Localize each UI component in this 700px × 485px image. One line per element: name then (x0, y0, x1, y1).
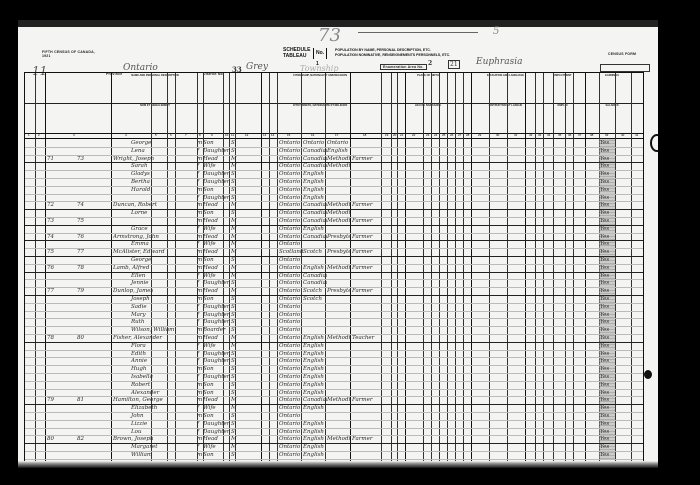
cell-sex: f (197, 373, 203, 381)
cell-enum: Yes (600, 350, 616, 358)
cell-father-birth: Canadian (303, 233, 327, 241)
cell-sex: m (197, 248, 203, 256)
cell-enum: Yes (600, 209, 616, 217)
cell-birthplace: Ontario (279, 287, 303, 295)
cell-enum: Yes (600, 272, 616, 280)
column-number: 37 (578, 133, 581, 137)
cell-family: 73 (77, 155, 107, 163)
cell-birthplace: Ontario (279, 350, 303, 358)
cell-father-birth: English (303, 435, 327, 443)
cell-relation: Daughter (203, 170, 231, 178)
cell-name: Brown, Joseph (113, 435, 183, 443)
cell-sex: m (197, 201, 203, 209)
cell-marital: S (231, 178, 237, 186)
cell-sex: f (197, 225, 203, 233)
cell-father-birth: Canadian (303, 279, 327, 287)
cell-father-birth: English (303, 381, 327, 389)
cell-sex: m (197, 233, 203, 241)
table-row: 7173Wright, JosephHeadmMOntarioCanadianM… (25, 155, 643, 163)
census-page: FIFTH CENSUS OF CANADA, 1921 73 5 11 Pro… (18, 20, 658, 468)
table-row: EdithDaughterfSOntarioEnglishYes (25, 350, 643, 358)
table-row: RuthDaughterfSOntarioYes (25, 318, 643, 326)
cell-name: Emma (113, 240, 201, 248)
cell-enum: Yes (600, 334, 616, 342)
cell-occupation: Farmer (352, 155, 382, 163)
cell-marital: S (231, 194, 237, 202)
cell-birthplace: Ontario (279, 264, 303, 272)
cell-enum: Yes (600, 178, 616, 186)
table-row: EllenWifefMOntarioCanadianYes (25, 272, 643, 280)
cell-dwelling: 76 (47, 264, 77, 272)
cell-birthplace: Ontario (279, 420, 303, 428)
cell-mother-birth: Methodist (327, 334, 351, 342)
cell-marital: M (231, 287, 237, 295)
cell-birthplace: Ontario (279, 311, 303, 319)
cell-relation: Head (203, 334, 231, 342)
column-number: 32 (529, 133, 532, 137)
cell-marital: S (231, 412, 237, 420)
table-row: HaroldSonmSOntarioEnglishYes (25, 186, 643, 194)
cell-relation: Daughter (203, 350, 231, 358)
group-citizenship: CITIZENSHIP, NATIONALITY AND RELIGION (265, 74, 375, 77)
stamp-line (358, 32, 478, 33)
cell-relation: Wife (203, 240, 231, 248)
cell-enum: Yes (600, 412, 616, 420)
cell-mother-birth: Methodist (327, 264, 351, 272)
cell-marital: M (231, 264, 237, 272)
cell-relation: Head (203, 201, 231, 209)
table-row: DaughterfSOntarioEnglishYes (25, 194, 643, 202)
cell-sex: f (197, 303, 203, 311)
cell-father-birth: English (303, 428, 327, 436)
cell-relation: Daughter (203, 357, 231, 365)
cell-name: Lena (113, 147, 201, 155)
cell-marital: S (231, 209, 237, 217)
cell-father-birth: Canadian (303, 201, 327, 209)
table-row: LizzieDaughterfSOntarioEnglishYes (25, 420, 643, 428)
cell-family: 79 (77, 287, 107, 295)
cell-marital: S (231, 326, 237, 334)
table-row: LouDaughterfSOntarioEnglishYes (25, 428, 643, 436)
cell-father-birth: English (303, 451, 327, 459)
cell-enum: Yes (600, 217, 616, 225)
column-number: 17 (335, 133, 338, 137)
cell-name: Harold (113, 186, 201, 194)
cell-name: Fisher, Alexander (113, 334, 183, 342)
table-row: SadieDaughterfSOntarioYes (25, 303, 643, 311)
cell-name: Dunlop, James (113, 287, 183, 295)
ink-blot (644, 370, 652, 379)
cell-enum: Yes (600, 326, 616, 334)
cell-enum: Yes (600, 389, 616, 397)
page-stamp-sub: 5 (493, 26, 499, 37)
cell-name: Sadie (113, 303, 201, 311)
column-number: 3 (73, 133, 75, 137)
cell-father-birth: English (303, 443, 327, 451)
group-employment-fr: EMPLOI (540, 104, 585, 107)
column-number: 21 (400, 133, 403, 137)
cell-name: George (113, 139, 201, 147)
cell-name: Armstrong, John (113, 233, 183, 241)
cell-name: Sarah (113, 162, 201, 170)
census-table: NAME AND PERSONAL DESCRIPTION NOM ET SIG… (24, 72, 644, 463)
cell-father-birth: English (303, 194, 327, 202)
column-number: 41 (635, 133, 638, 137)
cell-father-birth: English (303, 334, 327, 342)
table-row: EmmaWifefMOntarioYes (25, 240, 643, 248)
page-stamp: 73 (318, 25, 341, 46)
cell-relation: Son (203, 381, 231, 389)
cell-relation: Head (203, 248, 231, 256)
cell-name: Ellen (113, 272, 201, 280)
cell-enum: Yes (600, 201, 616, 209)
cell-birthplace: Ontario (279, 217, 303, 225)
table-row: SarahWifefMOntarioCanadianMethodistYes (25, 162, 643, 170)
cell-enum: Yes (600, 264, 616, 272)
cell-name: Flora (113, 342, 201, 350)
column-number: 29 (478, 133, 481, 137)
column-number: 1 (28, 133, 30, 137)
cell-birthplace: Ontario (279, 256, 303, 264)
cell-relation: Head (203, 287, 231, 295)
cell-marital: M (231, 217, 237, 225)
column-number: 30 (496, 133, 499, 137)
cell-father-birth: English (303, 178, 327, 186)
cell-enum: Yes (600, 404, 616, 412)
cell-sex: m (197, 209, 203, 217)
cell-enum: Yes (600, 225, 616, 233)
cell-relation: Son (203, 295, 231, 303)
cell-birthplace: Ontario (279, 443, 303, 451)
table-row: FloraWifefMOntarioEnglishYes (25, 342, 643, 350)
cell-birthplace: Ontario (279, 295, 303, 303)
tableau-label: TABLEAU (283, 53, 311, 59)
schedule-block: SCHEDULE TABLEAU No. 1 POPULATION BY NAM… (283, 47, 311, 59)
table-row: LorneSonmSOntarioCanadianMethodistYes (25, 209, 643, 217)
cell-birthplace: Ontario (279, 201, 303, 209)
cell-mother-birth: Methodist (327, 201, 351, 209)
cell-birthplace: Ontario (279, 303, 303, 311)
cell-name: Grace (113, 225, 201, 233)
cell-name: Bertha (113, 178, 201, 186)
cell-birthplace: Ontario (279, 139, 303, 147)
cell-sex: m (197, 326, 203, 334)
cell-marital: S (231, 350, 237, 358)
cell-marital: M (231, 162, 237, 170)
cell-enum: Yes (600, 279, 616, 287)
cell-birthplace: Ontario (279, 412, 303, 420)
cell-marital: M (231, 272, 237, 280)
cell-enum: Yes (600, 443, 616, 451)
column-number: 12 (245, 133, 248, 137)
cell-marital: M (231, 248, 237, 256)
cell-father-birth: Canadian (303, 162, 327, 170)
column-number: 16 (311, 133, 314, 137)
cell-mother-birth: Methodist (327, 162, 351, 170)
cell-father-birth: English (303, 264, 327, 272)
group-earnings-fr: SALAIRES (587, 104, 637, 107)
cell-relation: Daughter (203, 311, 231, 319)
column-number: 7 (185, 133, 187, 137)
cell-relation: Wife (203, 162, 231, 170)
cell-sex: m (197, 264, 203, 272)
cell-relation: Wife (203, 404, 231, 412)
cell-sex: m (197, 381, 203, 389)
table-row: MaryDaughterfSOntarioYes (25, 311, 643, 319)
cell-marital: S (231, 256, 237, 264)
cell-marital: S (231, 451, 237, 459)
cell-birthplace: Ontario (279, 389, 303, 397)
cell-dwelling: 77 (47, 287, 77, 295)
cell-name: George (113, 256, 201, 264)
cell-marital: M (231, 201, 237, 209)
cell-name: Robert (113, 381, 201, 389)
cell-sex: m (197, 365, 203, 373)
table-row: LenaDaughterfSOntarioCanadianEnglishYes (25, 147, 643, 155)
cell-mother-birth: Methodist (327, 209, 351, 217)
table-row: 7476Armstrong, JohnHeadmMOntarioCanadian… (25, 233, 643, 241)
cell-sex: m (197, 334, 203, 342)
table-row: 7880Fisher, AlexanderHeadmMOntarioEnglis… (25, 334, 643, 342)
cell-marital: S (231, 170, 237, 178)
cell-sex: m (197, 155, 203, 163)
cell-name: McAlister, Edward (113, 248, 183, 256)
cell-father-birth: English (303, 186, 327, 194)
cell-relation: Wife (203, 272, 231, 280)
cell-relation: Son (203, 186, 231, 194)
cell-father-birth: Scotch (303, 248, 327, 256)
cell-birthplace: Ontario (279, 451, 303, 459)
cell-marital: S (231, 279, 237, 287)
cell-enum: Yes (600, 357, 616, 365)
cell-relation: Son (203, 451, 231, 459)
cell-name: Lorne (113, 209, 201, 217)
cell-name: Duncan, Robert (113, 201, 183, 209)
table-row: 8082Brown, JosephHeadmMOntarioEnglishMet… (25, 435, 643, 443)
table-row: IsabellaDaughterfSOntarioEnglishYes (25, 373, 643, 381)
cell-sex: m (197, 389, 203, 397)
cell-enum: Yes (600, 233, 616, 241)
cell-sex: m (197, 256, 203, 264)
cell-enum: Yes (600, 420, 616, 428)
census-title: FIFTH CENSUS OF CANADA, 1921 (42, 50, 102, 58)
cell-occupation: Farmer (352, 217, 382, 225)
cell-marital: S (231, 147, 237, 155)
cell-relation: Daughter (203, 428, 231, 436)
cell-mother-birth: Methodist (327, 155, 351, 163)
cell-relation: Daughter (203, 279, 231, 287)
cell-birthplace: Ontario (279, 342, 303, 350)
cell-mother-birth: Presbyterian (327, 248, 351, 256)
cell-marital: M (231, 435, 237, 443)
cell-relation: Son (203, 139, 231, 147)
table-row: GeorgeSonmSOntarioOntarioOntarioYes (25, 139, 643, 147)
cell-marital: M (231, 342, 237, 350)
cell-marital: M (231, 155, 237, 163)
cell-marital: S (231, 373, 237, 381)
group-education-fr: INSTRUCTION ET LANGUE (473, 104, 538, 107)
cell-name: Isabella (113, 373, 201, 381)
cell-dwelling: 79 (47, 396, 77, 404)
cell-relation: Head (203, 217, 231, 225)
cell-mother-birth: Presbyterian (327, 287, 351, 295)
cell-marital: M (231, 225, 237, 233)
cell-sex: f (197, 178, 203, 186)
cell-birthplace: Ontario (279, 233, 303, 241)
column-number: 36 (568, 133, 571, 137)
cell-birthplace: Ontario (279, 435, 303, 443)
column-number: 26 (450, 133, 453, 137)
cell-relation: Daughter (203, 373, 231, 381)
cell-father-birth: Ontario (303, 139, 327, 147)
cell-name: Joseph (113, 295, 201, 303)
table-row: AnnieDaughterfSOntarioEnglishYes (25, 357, 643, 365)
cell-marital: S (231, 381, 237, 389)
cell-name: Lizzie (113, 420, 201, 428)
cell-enum: Yes (600, 139, 616, 147)
table-row: JohnSonmSOntarioYes (25, 412, 643, 420)
cell-relation: Wife (203, 225, 231, 233)
cell-sex: m (197, 435, 203, 443)
cell-relation: Son (203, 389, 231, 397)
column-number: 28 (466, 133, 469, 137)
table-body: GeorgeSonmSOntarioOntarioOntarioYesLenaD… (25, 139, 643, 461)
cell-enum: Yes (600, 428, 616, 436)
column-number: 13 (263, 133, 266, 137)
cell-birthplace: Ontario (279, 404, 303, 412)
cell-sex: f (197, 279, 203, 287)
enumeration-area-label: Enumeration Area No. (380, 64, 427, 70)
cell-name: Wilson, William (113, 326, 201, 334)
column-number: 14 (271, 133, 274, 137)
column-number: 19 (385, 133, 388, 137)
group-name-personal: NAME AND PERSONAL DESCRIPTION (65, 74, 245, 77)
cell-marital: S (231, 365, 237, 373)
cell-sex: f (197, 318, 203, 326)
cell-enum: Yes (600, 365, 616, 373)
cell-relation: Wife (203, 342, 231, 350)
cell-enum: Yes (600, 287, 616, 295)
cell-father-birth: Canadian (303, 272, 327, 280)
cell-birthplace: Ontario (279, 326, 303, 334)
cell-birthplace: Ontario (279, 209, 303, 217)
cell-father-birth: English (303, 420, 327, 428)
cell-marital: M (231, 404, 237, 412)
cell-sex: f (197, 342, 203, 350)
cell-enum: Yes (600, 295, 616, 303)
cell-sex: m (197, 217, 203, 225)
cell-mother-birth: Presbyterian (327, 233, 351, 241)
table-row: 7779Dunlop, JamesHeadmMOntarioScotchPres… (25, 287, 643, 295)
cell-father-birth: English (303, 389, 327, 397)
cell-birthplace: Ontario (279, 170, 303, 178)
cell-sex: m (197, 295, 203, 303)
cell-marital: M (231, 443, 237, 451)
cell-occupation: Farmer (352, 248, 382, 256)
cell-name: William (113, 451, 201, 459)
cell-relation: Daughter (203, 178, 231, 186)
cell-relation: Wife (203, 443, 231, 451)
cell-mother-birth: Methodist (327, 396, 351, 404)
cell-enum: Yes (600, 162, 616, 170)
cell-mother-birth: Ontario (327, 139, 351, 147)
table-row: 7274Duncan, RobertHeadmMOntarioCanadianM… (25, 201, 643, 209)
subdistrict-number: 2 (428, 60, 432, 67)
cell-relation: Daughter (203, 194, 231, 202)
cell-father-birth: Canadian (303, 396, 327, 404)
cell-relation: Boarder (203, 326, 231, 334)
cell-family: 75 (77, 217, 107, 225)
subdistrict-code: 21 (448, 60, 460, 69)
cell-occupation: Farmer (352, 396, 382, 404)
cell-enum: Yes (600, 170, 616, 178)
table-row: HughSonmSOntarioEnglishYes (25, 365, 643, 373)
cell-occupation: Farmer (352, 233, 382, 241)
cell-birthplace: Ontario (279, 365, 303, 373)
cell-enum: Yes (600, 435, 616, 443)
table-row: JennieDaughterfSOntarioCanadianYes (25, 279, 643, 287)
cell-relation: Daughter (203, 303, 231, 311)
cell-marital: M (231, 334, 237, 342)
cell-enum: Yes (600, 303, 616, 311)
cell-birthplace: Ontario (279, 373, 303, 381)
cell-enum: Yes (600, 147, 616, 155)
cell-father-birth: Canadian (303, 217, 327, 225)
cell-father-birth: Canadian (303, 155, 327, 163)
cell-name: Edith (113, 350, 201, 358)
table-header: NAME AND PERSONAL DESCRIPTION NOM ET SIG… (25, 73, 643, 134)
cell-relation: Head (203, 155, 231, 163)
table-row: 7375HeadmMOntarioCanadianMethodistFarmer… (25, 217, 643, 225)
cell-father-birth: Scotch (303, 287, 327, 295)
cell-birthplace: Ontario (279, 428, 303, 436)
column-number: 24 (434, 133, 437, 137)
column-number: 20 (393, 133, 396, 137)
cell-birthplace: Ontario (279, 186, 303, 194)
column-number: 8 (199, 133, 201, 137)
column-number: 18 (363, 133, 366, 137)
district-name: Grey (246, 62, 268, 72)
cell-birthplace: Ontario (279, 396, 303, 404)
cell-birthplace: Ontario (279, 381, 303, 389)
cell-sex: m (197, 396, 203, 404)
cell-father-birth: Canadian (303, 147, 327, 155)
column-number: 38 (590, 133, 593, 137)
cell-sex: f (197, 404, 203, 412)
cell-birthplace: Ontario (279, 272, 303, 280)
cell-name: Gladys (113, 170, 201, 178)
cell-birthplace: Ontario (279, 357, 303, 365)
column-number: 15 (287, 133, 290, 137)
punch-hole (650, 134, 658, 152)
cell-marital: M (231, 233, 237, 241)
cell-father-birth: English (303, 373, 327, 381)
cell-enum: Yes (600, 186, 616, 194)
cell-marital: S (231, 295, 237, 303)
table-row: GladysDaughterfSOntarioEnglishYes (25, 170, 643, 178)
cell-name: Hamilton, George (113, 396, 183, 404)
cell-marital: S (231, 311, 237, 319)
group-employment: EMPLOYMENT (540, 74, 585, 77)
cell-relation: Son (203, 209, 231, 217)
column-number: 5 (155, 133, 157, 137)
cell-sex: f (197, 311, 203, 319)
column-number: 33 (538, 133, 541, 137)
cell-marital: S (231, 186, 237, 194)
cell-enum: Yes (600, 240, 616, 248)
right-corner-text: CENSUS FORM (608, 52, 656, 56)
group-citizenship-fr: CITOYENNETÉ, NATIONALITÉ ET RELIGION (265, 104, 375, 107)
